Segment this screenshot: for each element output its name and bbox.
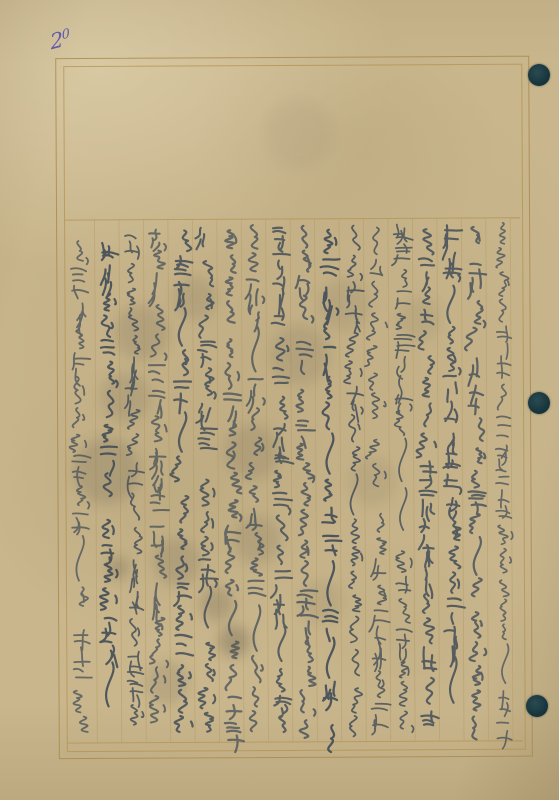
handwriting-canvas (0, 0, 559, 800)
ruled-frame-layer (0, 0, 559, 800)
handwriting-column (147, 230, 170, 723)
handwriting-column (464, 227, 488, 740)
handwriting-column (222, 230, 244, 752)
handwriting-columns (68, 223, 513, 754)
manuscript-scan: 20 (0, 0, 559, 800)
